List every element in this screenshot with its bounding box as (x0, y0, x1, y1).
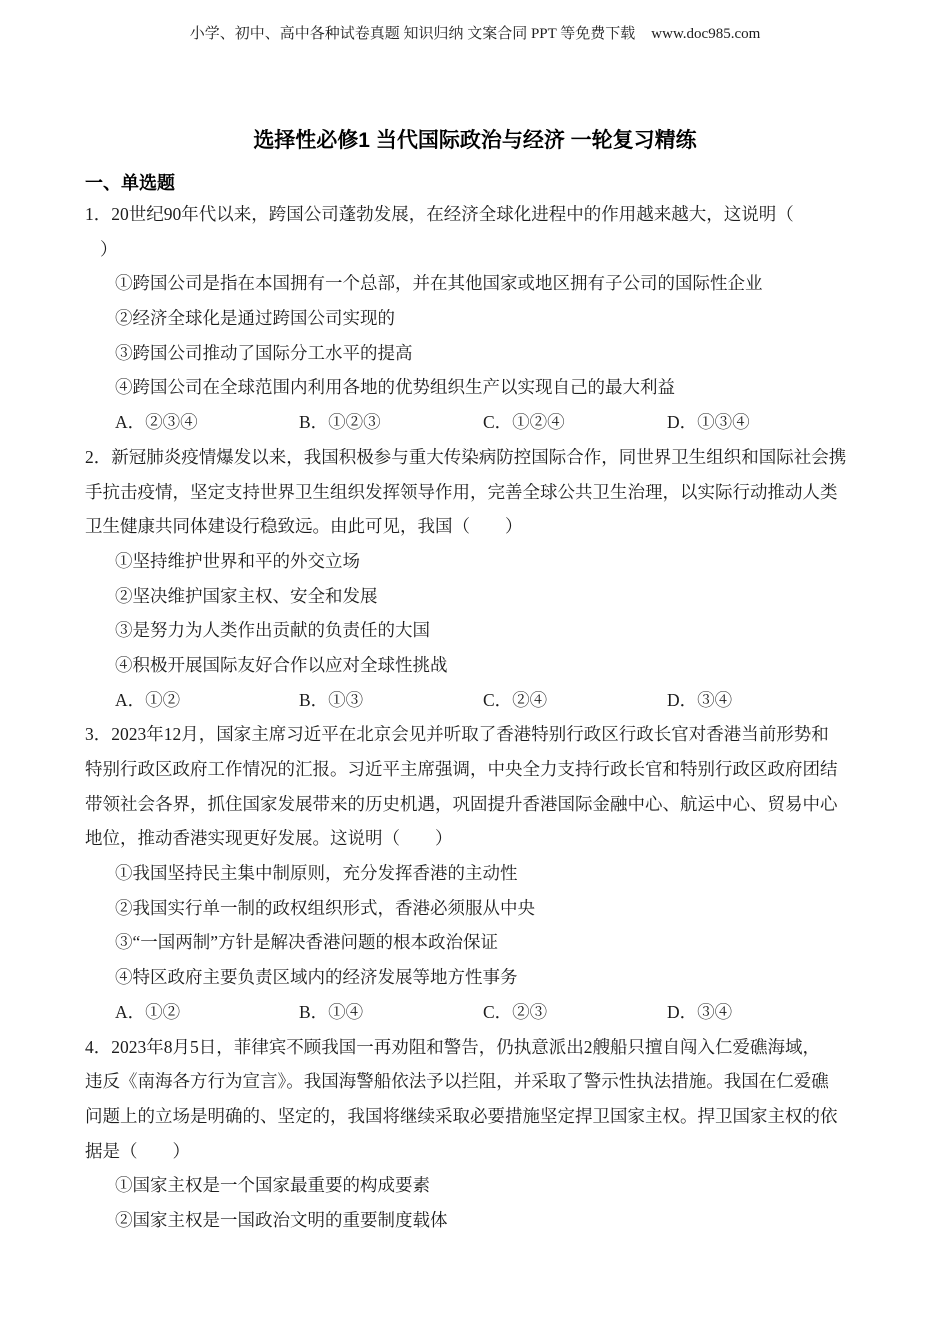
question-4-stem-line-1: 4．2023年8月5日，菲律宾不顾我国一再劝阻和警告，仍执意派出2艘船只擅自闯入… (85, 1030, 865, 1065)
question-1-statement-4: ④跨国公司在全球范围内利用各地的优势组织生产以实现自己的最大利益 (85, 370, 865, 405)
question-1-options-row: A．②③④ B．①②③ C．①②④ D．①③④ (85, 405, 865, 440)
question-3-stem-line-1: 3．2023年12月，国家主席习近平在北京会见并听取了香港特别行政区行政长官对香… (85, 717, 865, 752)
question-3-option-c: C．②③ (483, 995, 667, 1030)
question-2-stem-line-3: 卫生健康共同体建设行稳致远。由此可见，我国（ ） (85, 509, 865, 544)
question-2-stem-line-1: 2．新冠肺炎疫情爆发以来，我国积极参与重大传染病防控国际合作，同世界卫生组织和国… (85, 440, 865, 475)
question-4-stem-line-4: 据是（ ） (85, 1134, 865, 1169)
question-1-statement-3: ③跨国公司推动了国际分工水平的提高 (85, 336, 865, 371)
question-4: 4．2023年8月5日，菲律宾不顾我国一再劝阻和警告，仍执意派出2艘船只擅自闯入… (85, 1030, 865, 1238)
question-1-stem-line-2: ） (85, 232, 865, 267)
page-header: 小学、初中、高中各种试卷真题 知识归纳 文案合同 PPT 等免费下载www.do… (0, 0, 950, 43)
question-2-option-b: B．①③ (299, 683, 483, 718)
exam-page: 小学、初中、高中各种试卷真题 知识归纳 文案合同 PPT 等免费下载www.do… (0, 0, 950, 1344)
question-3: 3．2023年12月，国家主席习近平在北京会见并听取了香港特别行政区行政长官对香… (85, 717, 865, 1029)
question-2-statement-3: ③是努力为人类作出贡献的负责任的大国 (85, 613, 865, 648)
question-2-option-d: D．③④ (667, 683, 732, 718)
question-2: 2．新冠肺炎疫情爆发以来，我国积极参与重大传染病防控国际合作，同世界卫生组织和国… (85, 440, 865, 718)
question-2-statement-2: ②坚决维护国家主权、安全和发展 (85, 579, 865, 614)
question-1-statement-2: ②经济全球化是通过跨国公司实现的 (85, 301, 865, 336)
question-1: 1．20世纪90年代以来，跨国公司蓬勃发展，在经济全球化进程中的作用越来越大，这… (85, 197, 865, 440)
question-1-statement-1: ①跨国公司是指在本国拥有一个总部，并在其他国家或地区拥有子公司的国际性企业 (85, 266, 865, 301)
question-3-statement-4: ④特区政府主要负责区域内的经济发展等地方性事务 (85, 960, 865, 995)
question-3-stem-line-2: 特别行政区政府工作情况的汇报。习近平主席强调，中央全力支持行政长官和特别行政区政… (85, 752, 865, 787)
question-3-options-row: A．①② B．①④ C．②③ D．③④ (85, 995, 865, 1030)
question-3-option-d: D．③④ (667, 995, 732, 1030)
section-heading: 一、单选题 (85, 171, 950, 195)
question-4-stem-line-3: 问题上的立场是明确的、坚定的，我国将继续采取必要措施坚定捍卫国家主权。捍卫国家主… (85, 1099, 865, 1134)
question-4-statement-2: ②国家主权是一国政治文明的重要制度载体 (85, 1203, 865, 1238)
question-4-stem-line-2: 违反《南海各方行为宣言》。我国海警船依法予以拦阻，并采取了警示性执法措施。我国在… (85, 1064, 865, 1099)
question-3-option-a: A．①② (115, 995, 299, 1030)
question-2-option-a: A．①② (115, 683, 299, 718)
question-1-option-b: B．①②③ (299, 405, 483, 440)
question-2-statement-1: ①坚持维护世界和平的外交立场 (85, 544, 865, 579)
header-promo-text: 小学、初中、高中各种试卷真题 知识归纳 文案合同 PPT 等免费下载 (190, 26, 636, 42)
questions-area: 1．20世纪90年代以来，跨国公司蓬勃发展，在经济全球化进程中的作用越来越大，这… (85, 197, 865, 1238)
question-3-statement-3: ③“一国两制”方针是解决香港问题的根本政治保证 (85, 925, 865, 960)
question-3-stem-line-3: 带领社会各界，抓住国家发展带来的历史机遇，巩固提升香港国际金融中心、航运中心、贸… (85, 787, 865, 822)
question-1-option-c: C．①②④ (483, 405, 667, 440)
question-1-option-d: D．①③④ (667, 405, 750, 440)
document-title: 选择性必修1 当代国际政治与经济 一轮复习精练 (0, 127, 950, 155)
question-2-option-c: C．②④ (483, 683, 667, 718)
question-3-stem-line-4: 地位，推动香港实现更好发展。这说明（ ） (85, 821, 865, 856)
question-2-stem-line-2: 手抗击疫情，坚定支持世界卫生组织发挥领导作用，完善全球公共卫生治理，以实际行动推… (85, 475, 865, 510)
question-2-statement-4: ④积极开展国际友好合作以应对全球性挑战 (85, 648, 865, 683)
question-3-statement-2: ②我国实行单一制的政权组织形式，香港必须服从中央 (85, 891, 865, 926)
site-link[interactable]: www.doc985.com (651, 26, 760, 42)
question-1-stem-line-1: 1．20世纪90年代以来，跨国公司蓬勃发展，在经济全球化进程中的作用越来越大，这… (85, 197, 865, 232)
question-4-statement-1: ①国家主权是一个国家最重要的构成要素 (85, 1168, 865, 1203)
question-1-option-a: A．②③④ (115, 405, 299, 440)
question-3-option-b: B．①④ (299, 995, 483, 1030)
question-2-options-row: A．①② B．①③ C．②④ D．③④ (85, 683, 865, 718)
question-3-statement-1: ①我国坚持民主集中制原则，充分发挥香港的主动性 (85, 856, 865, 891)
